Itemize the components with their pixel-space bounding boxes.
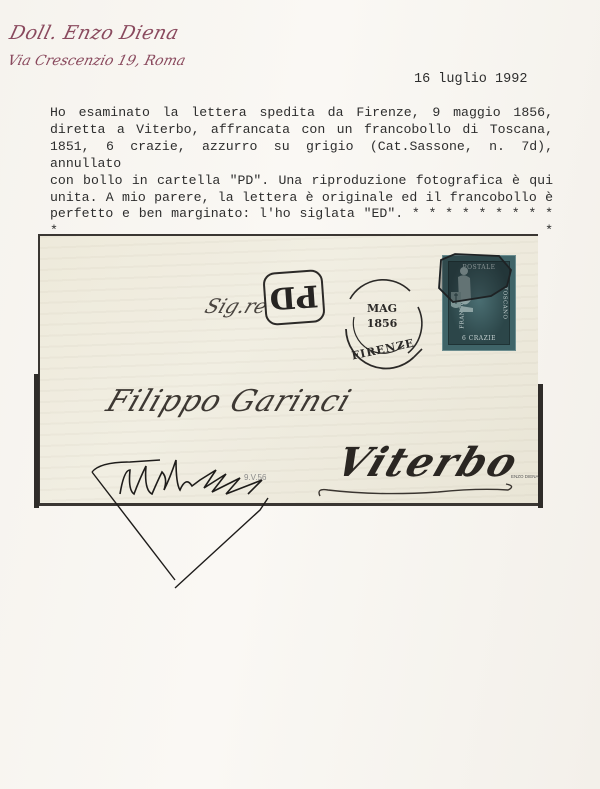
expert-signature-icon	[0, 0, 600, 789]
